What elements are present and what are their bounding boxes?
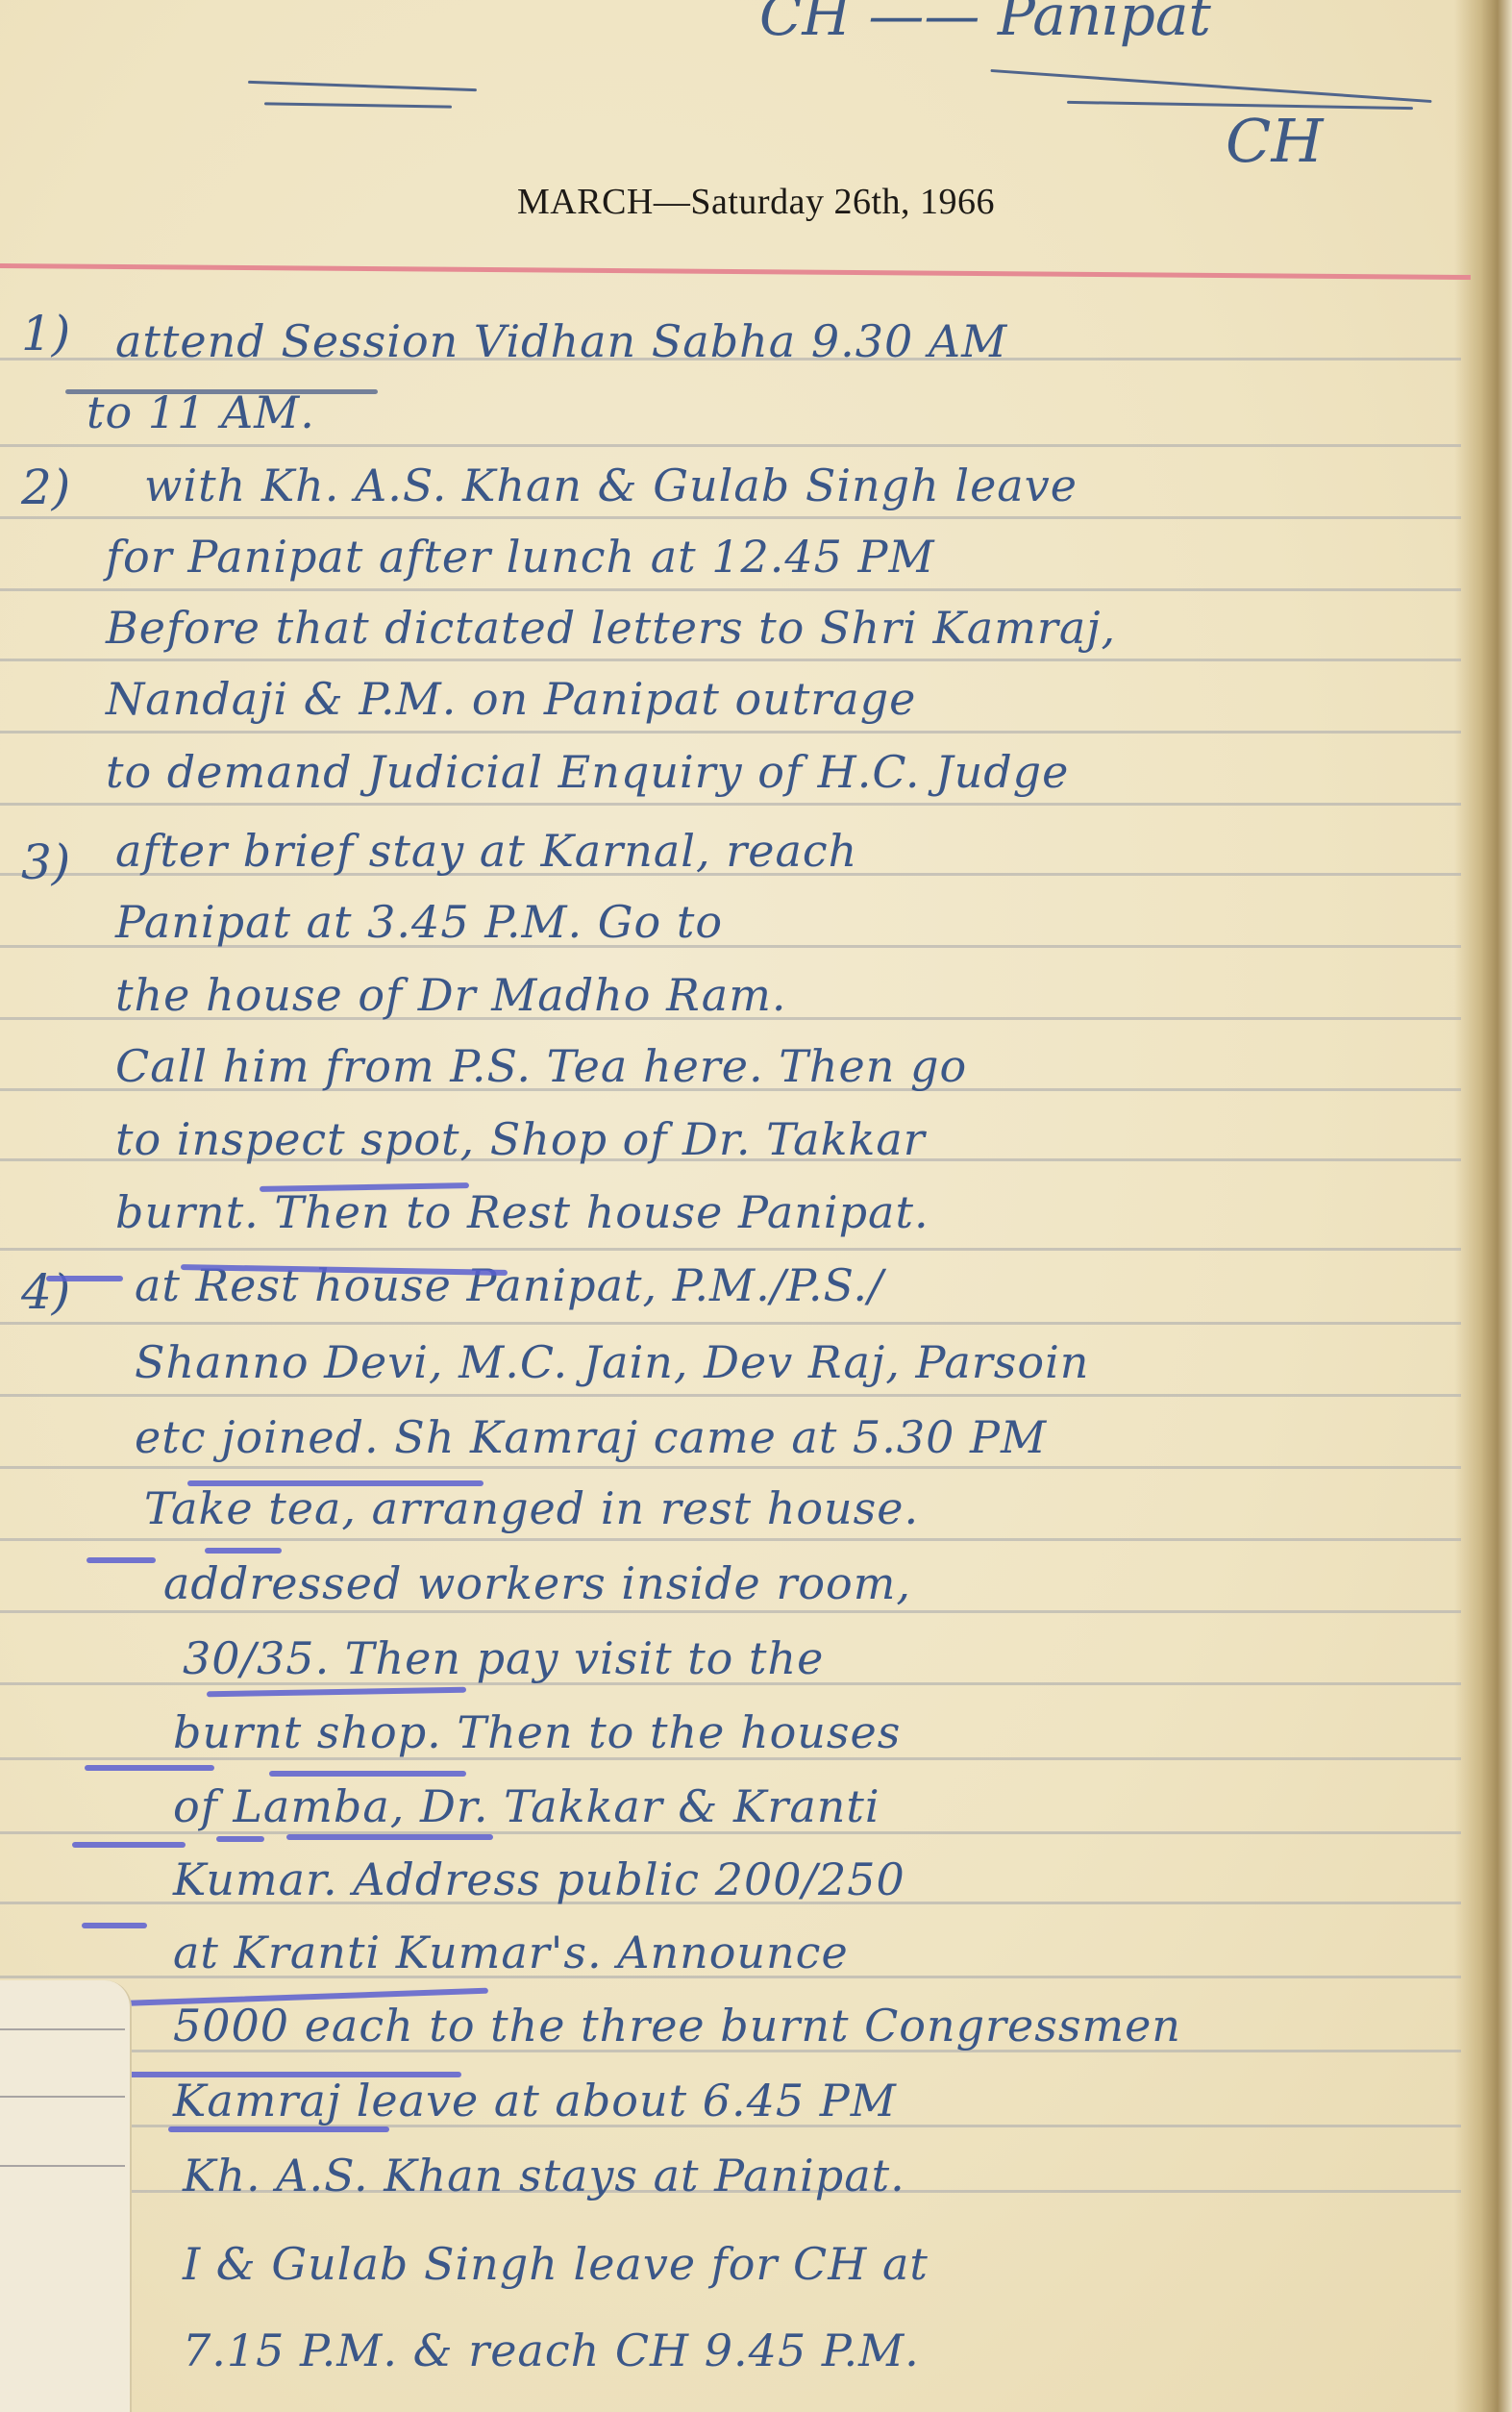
entry-line: Shanno Devi, M.C. Jain, Dev Raj, Parsoin bbox=[135, 1327, 1089, 1398]
underline-at bbox=[46, 1276, 123, 1281]
entry-line: burnt. Then to Rest house Panipat. bbox=[115, 1177, 930, 1248]
entry-number: 3) bbox=[21, 834, 70, 890]
entry-line: after brief stay at Karnal, reach bbox=[115, 815, 857, 886]
underline-tea bbox=[87, 1557, 156, 1563]
underline-takkar bbox=[269, 1771, 466, 1777]
entry-line: the house of Dr Madho Ram. bbox=[115, 959, 786, 1031]
entry-line: to 11 AM. bbox=[87, 377, 315, 448]
entry-line: Panipat at 3.45 P.M. Go to bbox=[115, 886, 723, 957]
tab-ruled-line bbox=[0, 2028, 125, 2030]
entry-number: 2) bbox=[21, 460, 70, 515]
underline-burnt-shop bbox=[85, 1765, 214, 1771]
entry-line: 7.15 P.M. & reach CH 9.45 P.M. bbox=[183, 2315, 920, 2386]
entry-number: 4) bbox=[21, 1264, 70, 1320]
entry-line: Nandaji & P.M. on Panipat outrage bbox=[106, 663, 916, 734]
book-gutter bbox=[1454, 0, 1512, 2412]
underline-dr bbox=[216, 1836, 264, 1842]
entry-line: at Kranti Kumar's. Announce bbox=[173, 1917, 849, 1988]
entry-line: attend Session Vidhan Sabha 9.30 AM bbox=[115, 306, 1007, 377]
entry-line: etc joined. Sh Kamraj came at 5.30 PM bbox=[135, 1402, 1047, 1473]
entry-line: 30/35. Then pay visit to the bbox=[183, 1623, 824, 1694]
annotation-underline bbox=[248, 81, 477, 91]
entry-line: 5000 each to the three burnt Congressmen bbox=[173, 1990, 1181, 2061]
entry-line: to demand Judicial Enquiry of H.C. Judge bbox=[106, 736, 1069, 808]
tab-ruled-line bbox=[0, 2096, 125, 2098]
entry-line: to inspect spot, Shop of Dr. Takkar bbox=[115, 1104, 926, 1175]
underline-kamraj-leave bbox=[168, 2126, 389, 2132]
entry-number: 1) bbox=[21, 306, 70, 361]
route-annotation: CH —— Panipat bbox=[759, 0, 1211, 48]
annotation-underline bbox=[990, 69, 1431, 103]
underline-kranti bbox=[286, 1834, 493, 1840]
margin-rule bbox=[0, 263, 1471, 280]
entry-line: addressed workers inside room, bbox=[163, 1548, 911, 1619]
underline-5000 bbox=[77, 2072, 461, 2077]
entry-line: I & Gulab Singh leave for CH at bbox=[183, 2228, 929, 2300]
entry-line: with Kh. A.S. Khan & Gulab Singh leave bbox=[144, 450, 1078, 521]
diary-page: CH —— Panipat CH MARCH—Saturday 26th, 19… bbox=[0, 0, 1512, 2412]
entry-line: Kh. A.S. Khan stays at Panipat. bbox=[183, 2140, 905, 2211]
entry-line: Kumar. Address public 200/250 bbox=[173, 1844, 905, 1915]
underline-at-kranti bbox=[82, 1923, 147, 1928]
entry-line: Before that dictated letters to Shri Kam… bbox=[106, 592, 1116, 663]
underline-session bbox=[65, 389, 378, 394]
page-index-tab bbox=[0, 1980, 132, 2412]
entry-line: at Rest house Panipat, P.M./P.S./ bbox=[135, 1250, 883, 1321]
underline-lamba bbox=[72, 1842, 186, 1848]
return-annotation: CH bbox=[1226, 106, 1324, 176]
page-date-header: MARCH—Saturday 26th, 1966 bbox=[0, 181, 1512, 223]
entry-line: Call him from P.S. Tea here. Then go bbox=[115, 1031, 967, 1102]
entry-line: for Panipat after lunch at 12.45 PM bbox=[106, 521, 935, 592]
underline-kamraj bbox=[187, 1480, 483, 1486]
entry-line: burnt shop. Then to the houses bbox=[173, 1697, 901, 1768]
ruled-line bbox=[0, 1322, 1461, 1325]
underline-arranged bbox=[205, 1548, 282, 1554]
entry-line: of Lamba, Dr. Takkar & Kranti bbox=[173, 1771, 880, 1842]
annotation-underline bbox=[264, 102, 452, 108]
tab-ruled-line bbox=[0, 2165, 125, 2167]
